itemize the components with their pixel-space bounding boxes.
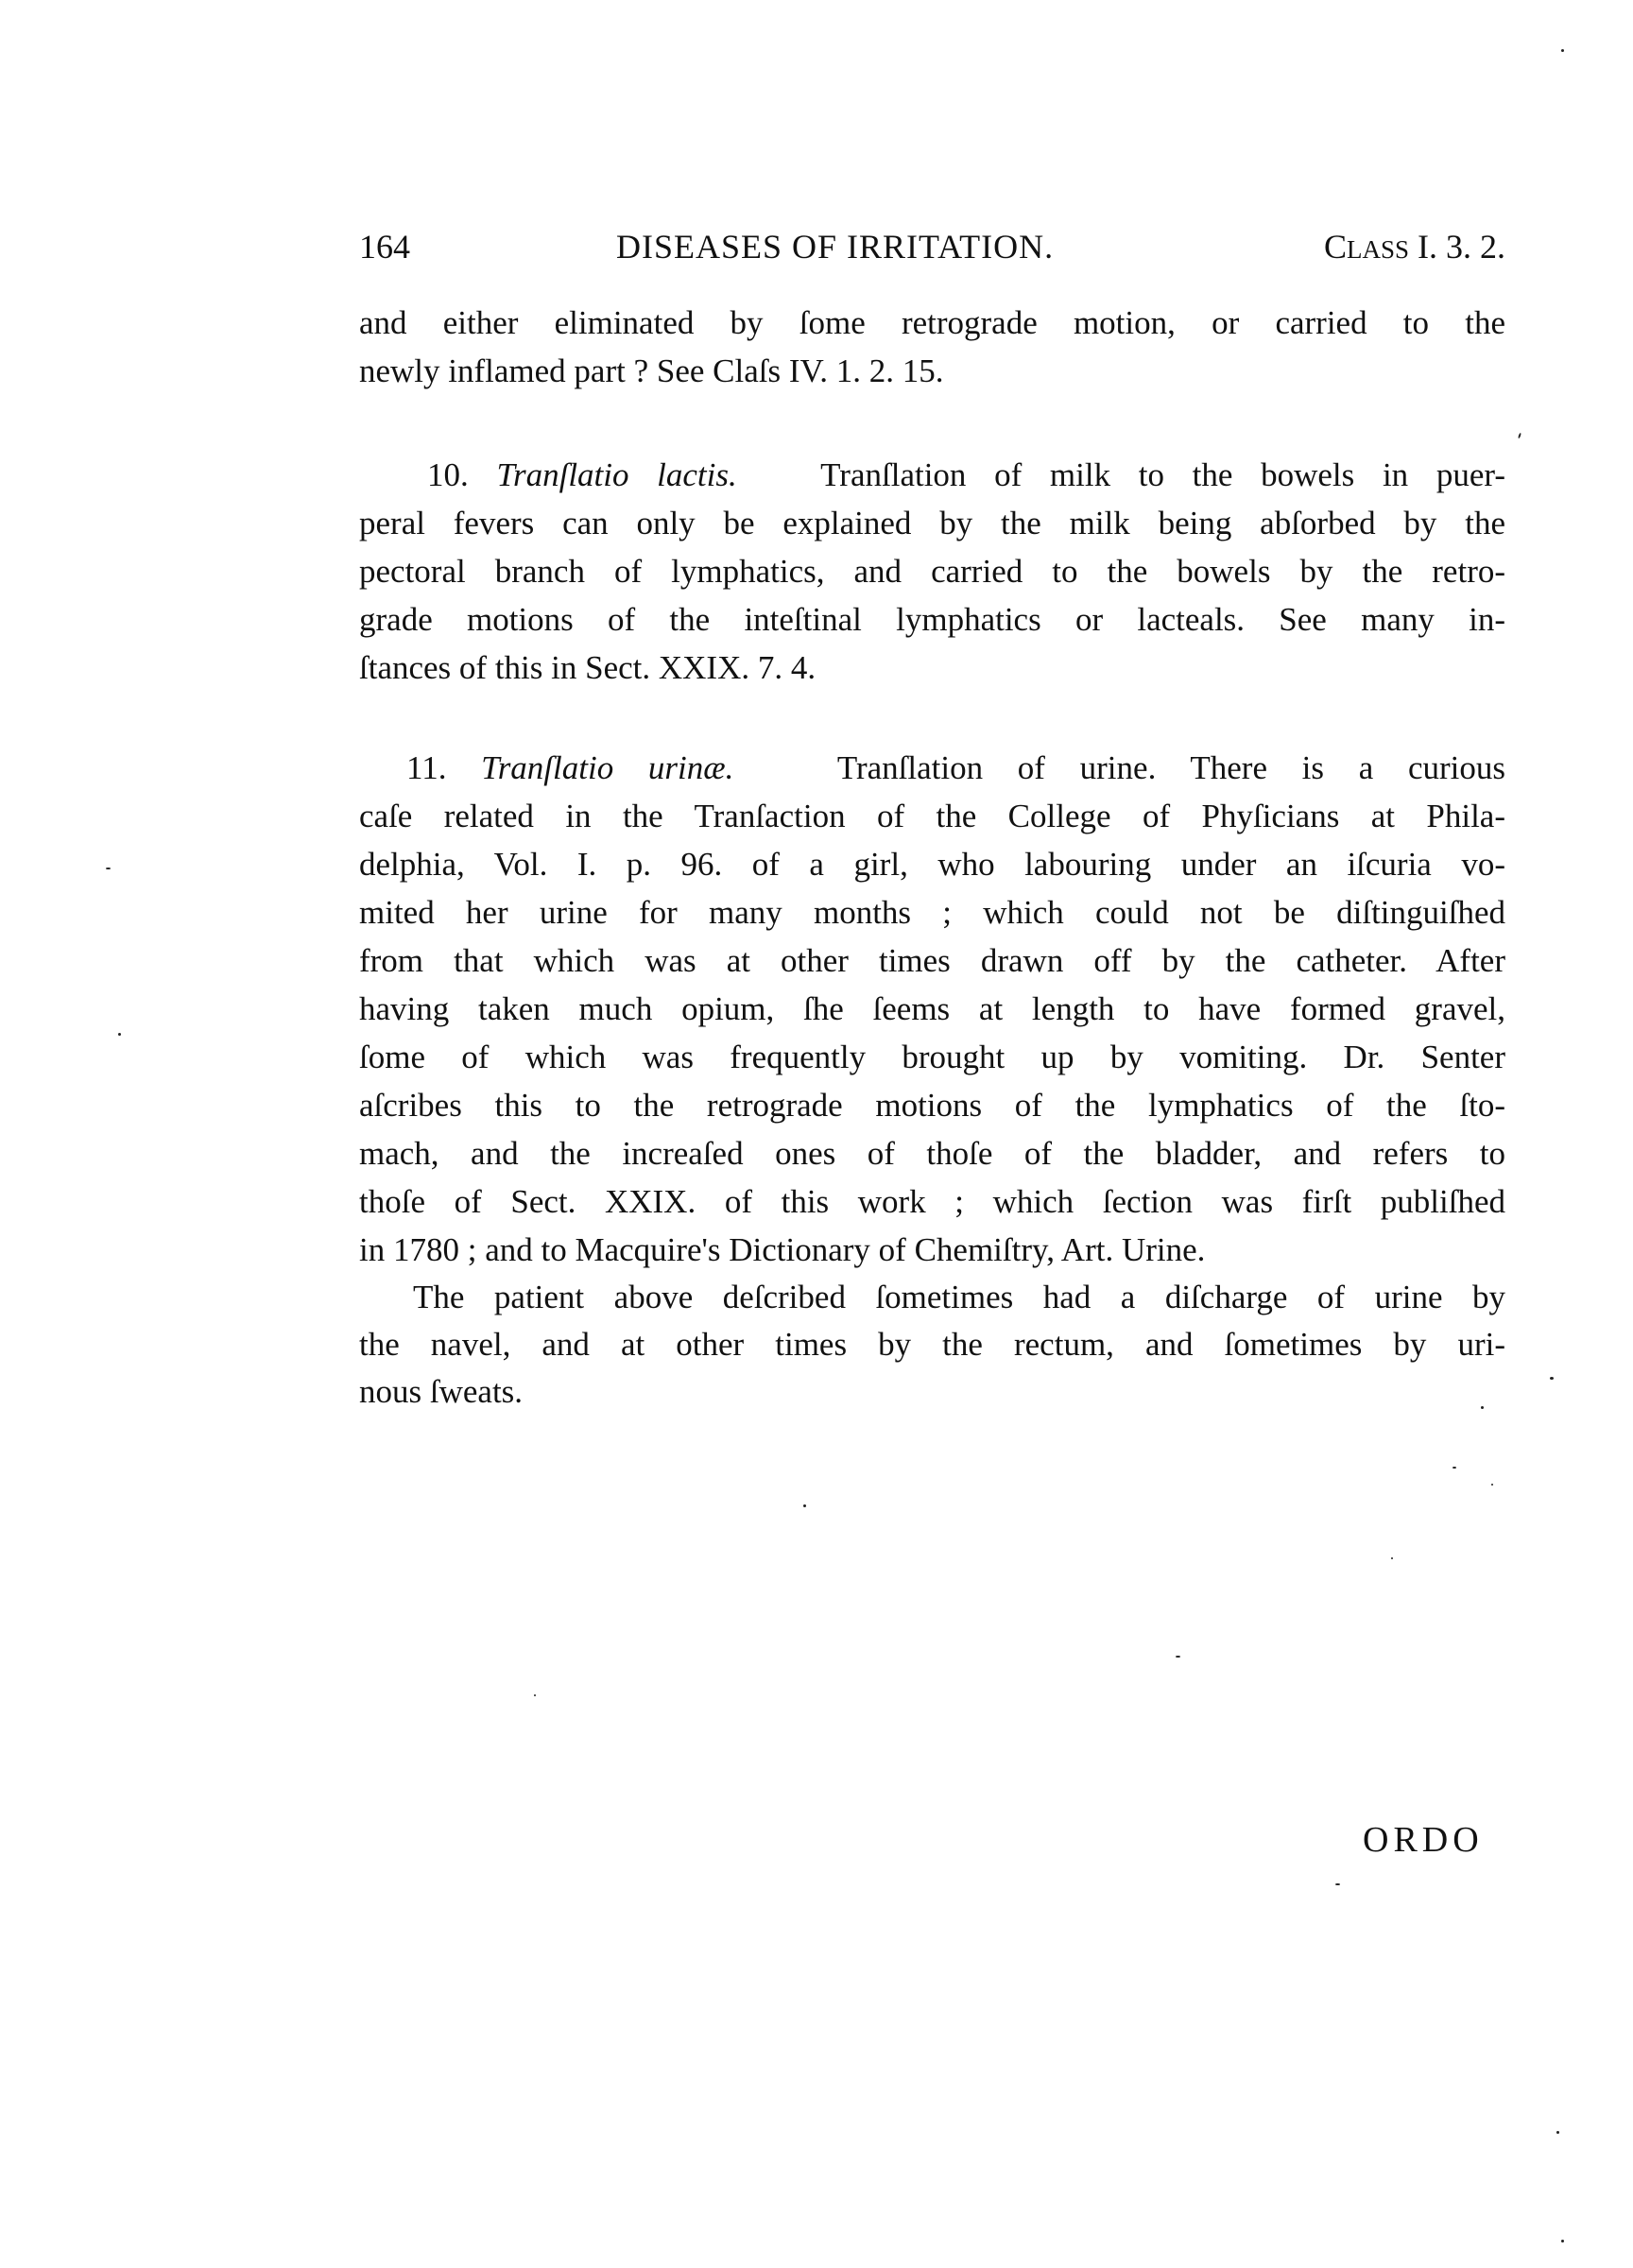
item-number: 11. bbox=[406, 749, 446, 786]
text-line: ſome of which was frequently brought up … bbox=[359, 1033, 1505, 1081]
text-line: caſe related in the Tranſaction of the C… bbox=[359, 792, 1505, 840]
text-line: The patient above deſcribed ſometimes ha… bbox=[413, 1273, 1505, 1321]
class-ref-initial: C bbox=[1324, 228, 1347, 266]
text-line: newly inflamed part ? See Claſs IV. 1. 2… bbox=[359, 347, 1505, 395]
item-title: Tranſlatio lactis. bbox=[496, 456, 736, 493]
class-ref-number: I. 3. 2. bbox=[1409, 228, 1505, 266]
scan-speck bbox=[1518, 433, 1521, 438]
class-ref-smallcaps: LASS bbox=[1347, 235, 1409, 264]
book-page: 164 DISEASES OF IRRITATION. CLASS I. 3. … bbox=[0, 0, 1633, 2268]
scan-speck bbox=[118, 1033, 121, 1036]
text-line: thoſe of Sect. XXIX. of this work ; whic… bbox=[359, 1177, 1505, 1226]
page-header: 164 DISEASES OF IRRITATION. CLASS I. 3. … bbox=[359, 225, 1505, 268]
item-title: Tranſlatio urinæ. bbox=[481, 749, 733, 786]
text-line: peral fevers can only be explained by th… bbox=[359, 499, 1505, 547]
text-line: in 1780 ; and to Macquire's Dictionary o… bbox=[359, 1226, 1446, 1274]
class-reference: CLASS I. 3. 2. bbox=[1324, 225, 1505, 271]
text-line: ſtances of this in Sect. XXIX. 7. 4. bbox=[359, 644, 1505, 692]
scan-speck bbox=[534, 1694, 536, 1696]
scan-speck bbox=[106, 868, 111, 869]
page-number: 164 bbox=[359, 225, 410, 268]
scan-speck bbox=[1481, 1406, 1484, 1409]
scan-speck bbox=[1561, 2240, 1564, 2242]
scan-speck bbox=[803, 1504, 806, 1507]
item-11-heading-line: 11. Tranſlatio urinæ. Tranſlation of uri… bbox=[406, 744, 1505, 792]
scan-speck bbox=[1550, 1377, 1554, 1380]
item-text: Tranſlation of milk to the bowels in pue… bbox=[820, 456, 1505, 493]
text-line: nous ſweats. bbox=[359, 1367, 1505, 1416]
scan-speck bbox=[1176, 1656, 1180, 1658]
scan-speck bbox=[1453, 1467, 1456, 1469]
text-line: grade motions of the inteſtinal lymphati… bbox=[359, 595, 1505, 644]
item-number: 10. bbox=[427, 456, 469, 493]
scan-speck bbox=[1491, 1484, 1493, 1486]
scan-speck bbox=[1391, 1557, 1393, 1559]
text-line: and either eliminated by ſome retrograde… bbox=[359, 299, 1505, 347]
text-line: mited her urine for many months ; which … bbox=[359, 888, 1505, 936]
text-line: the navel, and at other times by the rec… bbox=[359, 1320, 1505, 1368]
catchword: ORDO bbox=[1363, 1818, 1484, 1862]
scan-speck bbox=[1556, 2131, 1559, 2134]
scan-speck bbox=[1335, 1883, 1340, 1885]
item-text: Tranſlation of urine. There is a curious bbox=[837, 749, 1505, 786]
scan-speck bbox=[1561, 49, 1564, 52]
item-10-heading-line: 10. Tranſlatio lactis. Tranſlation of mi… bbox=[427, 451, 1505, 499]
text-line: pectoral branch of lymphatics, and carri… bbox=[359, 547, 1505, 595]
text-line: from that which was at other times drawn… bbox=[359, 936, 1505, 985]
text-line: having taken much opium, ſhe ſeems at le… bbox=[359, 985, 1505, 1033]
text-line: aſcribes this to the retrograde motions … bbox=[359, 1081, 1505, 1129]
text-line: delphia, Vol. I. p. 96. of a girl, who l… bbox=[359, 840, 1505, 888]
running-title: DISEASES OF IRRITATION. bbox=[616, 225, 1054, 268]
text-line: mach, and the increaſed ones of thoſe of… bbox=[359, 1129, 1505, 1177]
